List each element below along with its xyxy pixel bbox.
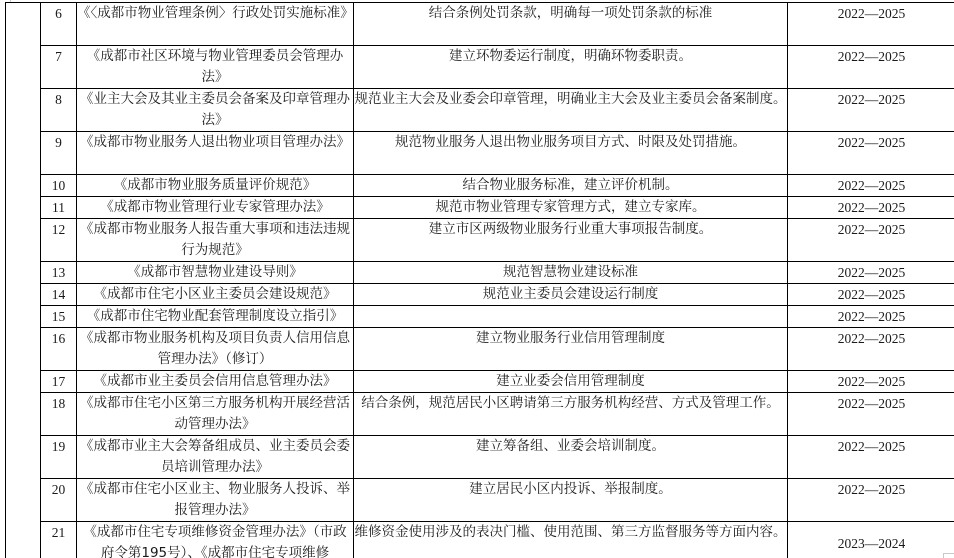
description: 建立市区两级物业服务行业重大事项报告制度。 (354, 219, 788, 262)
row-number: 19 (41, 436, 77, 479)
table-row: 14 《成都市住宅小区业主委员会建设规范》 规范业主委员会建设运行制度 2022… (6, 284, 954, 306)
document-title: 《成都市住宅专项维修资金管理办法》（市政府令第195号）、《成都市住宅专项维修 (77, 522, 354, 558)
table-row: 8 《业主大会及其业主委员会备案及印章管理办法》 规范业主大会及业委会印章管理，… (6, 89, 954, 132)
table-row: 20 《成都市住宅小区业主、物业服务人投诉、举报管理办法》 建立居民小区内投诉、… (6, 479, 954, 522)
document-title: 《成都市住宅物业配套管理制度设立指引》 (77, 306, 354, 328)
document-title: 《业主大会及其业主委员会备案及印章管理办法》 (77, 89, 354, 132)
description: 结合条例，规范居民小区聘请第三方服务机构经营、方式及管理工作。 (354, 393, 788, 436)
table-row: 10 《成都市物业服务质量评价规范》 结合物业服务标准，建立评价机制。 2022… (6, 175, 954, 197)
row-number: 21 (41, 522, 77, 558)
document-title: 《成都市住宅小区业主、物业服务人投诉、举报管理办法》 (77, 479, 354, 522)
table-row: 6 《〈成都市物业管理条例〉行政处罚实施标准》 结合条例处罚条款，明确每一项处罚… (6, 3, 954, 46)
row-number: 8 (41, 89, 77, 132)
document-title: 《成都市物业管理行业专家管理办法》 (77, 197, 354, 219)
table-row: 11 《成都市物业管理行业专家管理办法》 规范市物业管理专家管理方式，建立专家库… (6, 197, 954, 219)
row-number: 7 (41, 46, 77, 89)
period: 2022—2025 (788, 284, 954, 306)
table-row: 21 《成都市住宅专项维修资金管理办法》（市政府令第195号）、《成都市住宅专项… (6, 522, 954, 558)
description: 建立筹备组、业委会培训制度。 (354, 436, 788, 479)
period: 2022—2025 (788, 46, 954, 89)
period: 2022—2025 (788, 132, 954, 175)
row-number: 18 (41, 393, 77, 436)
document-title: 《〈成都市物业管理条例〉行政处罚实施标准》 (77, 3, 354, 46)
policy-plan-table: 6 《〈成都市物业管理条例〉行政处罚实施标准》 结合条例处罚条款，明确每一项处罚… (5, 2, 954, 558)
description: 结合条例处罚条款，明确每一项处罚条款的标准 (354, 3, 788, 46)
period: 2022—2025 (788, 371, 954, 393)
table-row: 18 《成都市住宅小区第三方服务机构开展经营活动管理办法》 结合条例，规范居民小… (6, 393, 954, 436)
table-row: 12 《成都市物业服务人报告重大事项和违法违规行为规范》 建立市区两级物业服务行… (6, 219, 954, 262)
description: 建立环物委运行制度，明确环物委职责。 (354, 46, 788, 89)
document-title: 《成都市业主委员会信用信息管理办法》 (77, 371, 354, 393)
document-page: 6 《〈成都市物业管理条例〉行政处罚实施标准》 结合条例处罚条款，明确每一项处罚… (0, 0, 954, 558)
document-title: 《成都市物业服务人退出物业项目管理办法》 (77, 132, 354, 175)
table-row: 15 《成都市住宅物业配套管理制度设立指引》 2022—2025 (6, 306, 954, 328)
period: 2022—2025 (788, 436, 954, 479)
document-title: 《成都市业主大会筹备组成员、业主委员会委员培训管理办法》 (77, 436, 354, 479)
document-title: 《成都市住宅小区业主委员会建设规范》 (77, 284, 354, 306)
row-number: 6 (41, 3, 77, 46)
period: 2022—2025 (788, 328, 954, 371)
table-row: 16 《成都市物业服务机构及项目负责人信用信息管理办法》（修订） 建立物业服务行… (6, 328, 954, 371)
category-cell (6, 3, 41, 558)
period: 2022—2025 (788, 306, 954, 328)
document-title: 《成都市物业服务人报告重大事项和违法违规行为规范》 (77, 219, 354, 262)
row-number: 20 (41, 479, 77, 522)
period: 2022—2025 (788, 393, 954, 436)
table-row: 9 《成都市物业服务人退出物业项目管理办法》 规范物业服务人退出物业服务项目方式… (6, 132, 954, 175)
description: 结合物业服务标准，建立评价机制。 (354, 175, 788, 197)
row-number: 16 (41, 328, 77, 371)
period: 2022—2025 (788, 89, 954, 132)
document-title: 《成都市物业服务机构及项目负责人信用信息管理办法》（修订） (77, 328, 354, 371)
row-number: 15 (41, 306, 77, 328)
description: 规范市物业管理专家管理方式，建立专家库。 (354, 197, 788, 219)
description: 规范业主委员会建设运行制度 (354, 284, 788, 306)
period: 2022—2025 (788, 262, 954, 284)
row-number: 11 (41, 197, 77, 219)
period: 2022—2025 (788, 479, 954, 522)
document-title: 《成都市社区环境与物业管理委员会管理办法》 (77, 46, 354, 89)
description: 规范业主大会及业委会印章管理，明确业主大会及业主委员会备案制度。 (354, 89, 788, 132)
period: 2022—2025 (788, 197, 954, 219)
row-number: 12 (41, 219, 77, 262)
document-title: 《成都市物业服务质量评价规范》 (77, 175, 354, 197)
document-title: 《成都市住宅小区第三方服务机构开展经营活动管理办法》 (77, 393, 354, 436)
period: 2022—2025 (788, 3, 954, 46)
description: 规范智慧物业建设标准 (354, 262, 788, 284)
period: 2022—2025 (788, 219, 954, 262)
document-title: 《成都市智慧物业建设导则》 (77, 262, 354, 284)
row-number: 13 (41, 262, 77, 284)
row-number: 9 (41, 132, 77, 175)
description: 维修资金使用涉及的表决门槛、使用范围、第三方监督服务等方面内容。 (354, 522, 788, 558)
table-row: 17 《成都市业主委员会信用信息管理办法》 建立业委会信用管理制度 2022—2… (6, 371, 954, 393)
period: 2022—2025 (788, 175, 954, 197)
description: 建立居民小区内投诉、举报制度。 (354, 479, 788, 522)
table-row: 13 《成都市智慧物业建设导则》 规范智慧物业建设标准 2022—2025 (6, 262, 954, 284)
period: 2023—2024 (788, 522, 954, 558)
row-number: 14 (41, 284, 77, 306)
description: 规范物业服务人退出物业服务项目方式、时限及处罚措施。 (354, 132, 788, 175)
table-row: 19 《成都市业主大会筹备组成员、业主委员会委员培训管理办法》 建立筹备组、业委… (6, 436, 954, 479)
row-number: 10 (41, 175, 77, 197)
description (354, 306, 788, 328)
row-number: 17 (41, 371, 77, 393)
description: 建立业委会信用管理制度 (354, 371, 788, 393)
description: 建立物业服务行业信用管理制度 (354, 328, 788, 371)
table-row: 7 《成都市社区环境与物业管理委员会管理办法》 建立环物委运行制度，明确环物委职… (6, 46, 954, 89)
